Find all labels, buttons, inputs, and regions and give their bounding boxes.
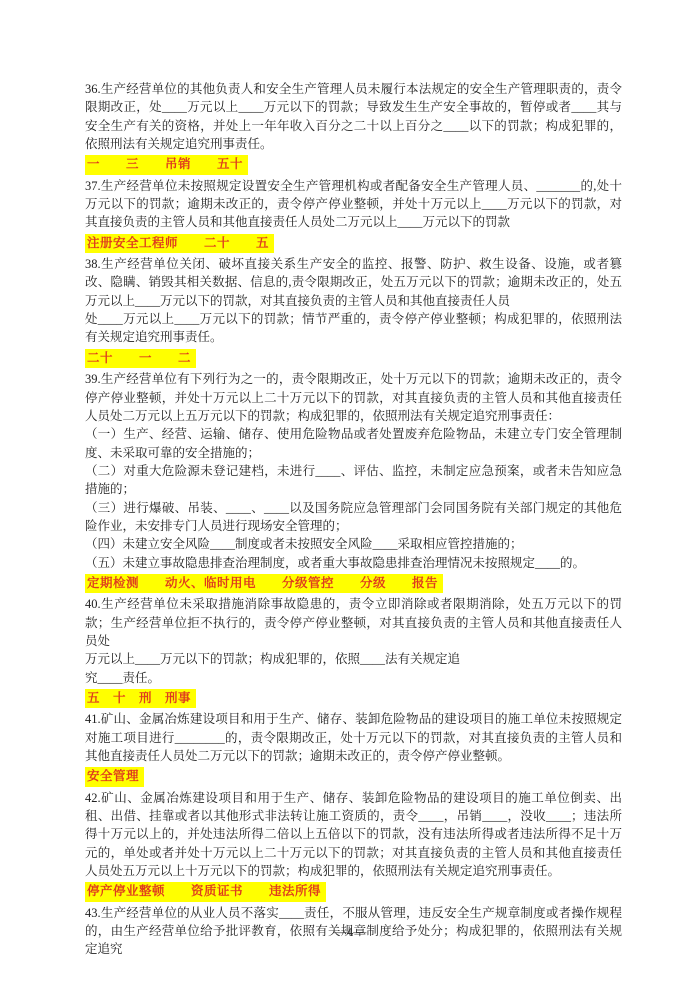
answer-line-37: 注册安全工程师 二十 五 [85,234,622,253]
clause-39-item-1: （一）生产、经营、运输、储存、使用危险物品或者处置废弃危险物品，未建立专门安全管… [85,425,622,462]
clause-39-item-3: （三）进行爆破、吊装、____、____以及国务院应急管理部门会同国务院有关部门… [85,499,622,536]
answer-line-41: 安全管理 [85,767,622,786]
answer-line-39: 定期检测 动火、临时用电 分级管控 分级 报告 [85,574,622,593]
clause-39-intro: 39.生产经营单位有下列行为之一的，责令限期改正，处十万元以下的罚款；逾期未改正… [85,370,622,425]
document-body: 36.生产经营单位的其他负责人和安全生产管理人员未履行本法规定的安全生产管理职责… [85,80,622,959]
answer-highlight-41: 安全管理 [85,767,144,786]
clause-42: 42.矿山、金属冶炼建设项目和用于生产、储存、装卸危险物品的建设项目的施工单位倒… [85,789,622,881]
clause-37: 37.生产经营单位未按照规定设置安全生产管理机构或者配备安全生产管理人员、___… [85,177,622,232]
clause-39-item-5: （五）未建立事故隐患排查治理制度，或者重大事故隐患排查治理情况未按照规定____… [85,554,622,572]
clause-40: 40.生产经营单位未采取措施消除事故隐患的，责令立即消除或者限期消除，处五万元以… [85,595,622,687]
answer-highlight-36: 一 三 吊销 五十 [85,155,248,174]
clause-36: 36.生产经营单位的其他负责人和安全生产管理人员未履行本法规定的安全生产管理职责… [85,80,622,153]
answer-line-36: 一 三 吊销 五十 [85,155,622,174]
clause-39-item-2: （二）对重大危险源未登记建档，未进行____、评估、监控，未制定应急预案，或者未… [85,462,622,499]
answer-highlight-39: 定期检测 动火、临时用电 分级管控 分级 报告 [85,574,443,593]
clause-41: 41.矿山、金属冶炼建设项目和用于生产、储存、装卸危险物品的建设项目的施工单位未… [85,710,622,765]
answer-highlight-37: 注册安全工程师 二十 五 [85,234,274,253]
clause-38: 38.生产经营单位关闭、破坏直接关系生产安全的监控、报警、防护、救生设备、设施，… [85,255,622,347]
answer-line-38: 二十 一 二 [85,349,622,368]
answer-highlight-38: 二十 一 二 [85,349,196,368]
scanned-page: 36.生产经营单位的其他负责人和安全生产管理人员未履行本法规定的安全生产管理职责… [0,0,700,990]
clause-39-item-4: （四）未建立安全风险____制度或者未按照安全风险____采取相应管控措施的； [85,535,622,553]
answer-line-42: 停产停业整顿 资质证书 违法所得 [85,882,622,901]
answer-highlight-40: 五 十 刑 刑事 [85,689,196,708]
page-number: —4— [0,924,700,940]
answer-line-40: 五 十 刑 刑事 [85,689,622,708]
answer-highlight-42: 停产停业整顿 资质证书 违法所得 [85,882,326,901]
